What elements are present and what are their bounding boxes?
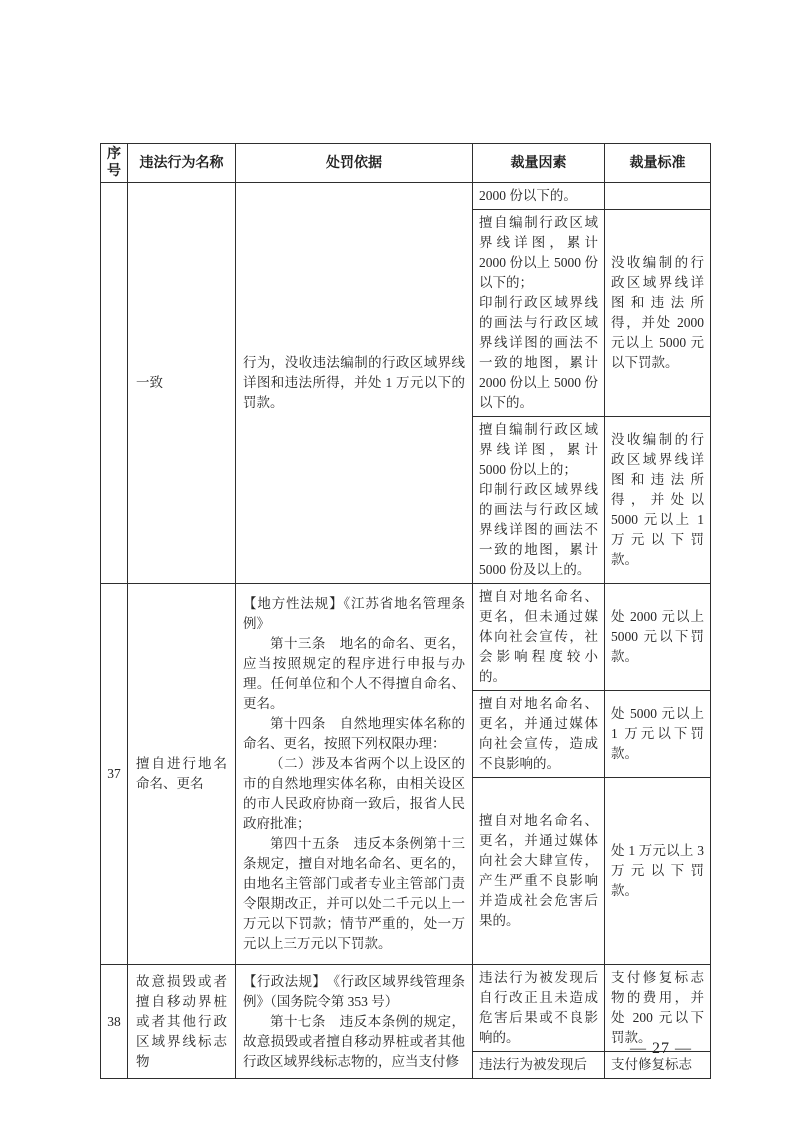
paragraph: 第十三条 地名的命名、更名，应当按照规定的程序进行申报与办理。任何单位和个人不得… xyxy=(243,634,465,714)
cell-row-number xyxy=(101,183,128,584)
header-cell-no: 序号 xyxy=(101,144,128,183)
table-row: 38 故意损毁或者擅自移动界桩或者其他行政区域界线标志物 【行政法规】 《行政区… xyxy=(101,965,711,1052)
paragraph: 【地方性法规】《江苏省地名管理条例》 xyxy=(243,594,465,634)
paragraph: 第十七条 违反本条例的规定，故意损毁或者擅自移动界桩或者其他行政区域界线标志物的… xyxy=(243,1012,465,1072)
paragraph: 违法行为被发现后自行改正且未造成危害后果或不良影响的。 xyxy=(479,968,598,1048)
paragraph: 擅自编制行政区域界线详图，累计 2000 份以上 5000 份以下的； xyxy=(479,213,598,293)
cell-discretion-factor: 2000 份以下的。 xyxy=(473,183,605,210)
paragraph: 擅自对地名命名、更名，并通过媒体向社会宣传，造成不良影响的。 xyxy=(479,694,598,774)
cell-discretion-standard: 处 5000 元以上 1 万元以下罚款。 xyxy=(605,691,711,778)
paragraph: 2000 份以下的。 xyxy=(479,186,598,206)
cell-penalty-basis: 【行政法规】 《行政区域界线管理条例》（国务院令第 353 号）第十七条 违反本… xyxy=(236,965,473,1079)
cell-discretion-standard xyxy=(605,183,711,210)
paragraph: 擅自对地名命名、更名，但未通过媒体向社会宣传，社会影响程度较小的。 xyxy=(479,587,598,687)
header-cell-standard: 裁量标准 xyxy=(605,144,711,183)
table-row: 37 擅自进行地名命名、更名 【地方性法规】《江苏省地名管理条例》第十三条 地名… xyxy=(101,584,711,691)
paragraph: （二）涉及本省两个以上设区的市的自然地理实体名称，由相关设区的市人民政府协商一致… xyxy=(243,754,465,834)
cell-penalty-basis: 【地方性法规】《江苏省地名管理条例》第十三条 地名的命名、更名，应当按照规定的程… xyxy=(236,584,473,965)
cell-discretion-factor: 擅自编制行政区域界线详图，累计 2000 份以上 5000 份以下的；印制行政区… xyxy=(473,210,605,417)
table-header-row: 序号 违法行为名称 处罚依据 裁量因素 裁量标准 xyxy=(101,144,711,183)
cell-violation-name: 一致 xyxy=(128,183,236,584)
cell-discretion-factor: 违法行为被发现后自行改正且未造成危害后果或不良影响的。 xyxy=(473,965,605,1052)
paragraph: 行为，没收违法编制的行政区域界线详图和违法所得，并处 1 万元以下的罚款。 xyxy=(243,353,465,413)
cell-discretion-factor: 擅自编制行政区域界线详图，累计 5000 份以上的；印制行政区域界线的画法与行政… xyxy=(473,417,605,584)
paragraph: 擅自对地名命名、更名，并通过媒体向社会大肆宣传，产生严重不良影响并造成社会危害后… xyxy=(479,811,598,931)
cell-discretion-factor: 违法行为被发现后 xyxy=(473,1052,605,1079)
cell-discretion-factor: 擅自对地名命名、更名，但未通过媒体向社会宣传，社会影响程度较小的。 xyxy=(473,584,605,691)
paragraph: 第十四条 自然地理实体名称的命名、更名，按照下列权限办理： xyxy=(243,714,465,754)
paragraph: 印制行政区域界线的画法与行政区域界线详图的画法不一致的地图，累计 2000 份以… xyxy=(479,293,598,413)
cell-row-number: 38 xyxy=(101,965,128,1079)
cell-discretion-standard: 没收编制的行政区域界线详图和违法所得，并处 2000 元以上 5000 元以下罚… xyxy=(605,210,711,417)
cell-discretion-standard: 处 2000 元以上 5000 元以下罚款。 xyxy=(605,584,711,691)
page-number: — 27 — xyxy=(630,1040,692,1058)
header-cell-factor: 裁量因素 xyxy=(473,144,605,183)
paragraph: 【行政法规】 《行政区域界线管理条例》（国务院令第 353 号） xyxy=(243,972,465,1012)
table-row: 一致 行为，没收违法编制的行政区域界线详图和违法所得，并处 1 万元以下的罚款。… xyxy=(101,183,711,210)
cell-discretion-standard: 没收编制的行政区域界线详图和违法所得，并处以 5000 元以上 1 万元以下罚款… xyxy=(605,417,711,584)
paragraph: 擅自编制行政区域界线详图，累计 5000 份以上的； xyxy=(479,420,598,480)
document-page: 序号 违法行为名称 处罚依据 裁量因素 裁量标准 一致 行为，没收违法编制的行政… xyxy=(0,0,800,1131)
cell-discretion-standard: 处 1 万元以上 3 万元以下罚款。 xyxy=(605,778,711,965)
cell-row-number: 37 xyxy=(101,584,128,965)
cell-discretion-factor: 擅自对地名命名、更名，并通过媒体向社会宣传，造成不良影响的。 xyxy=(473,691,605,778)
paragraph: 第四十五条 违反本条例第十三条规定，擅自对地名命名、更名的，由地名主管部门或者专… xyxy=(243,834,465,954)
cell-penalty-basis: 行为，没收违法编制的行政区域界线详图和违法所得，并处 1 万元以下的罚款。 xyxy=(236,183,473,584)
penalty-discretion-table: 序号 违法行为名称 处罚依据 裁量因素 裁量标准 一致 行为，没收违法编制的行政… xyxy=(100,143,711,1079)
header-cell-name: 违法行为名称 xyxy=(128,144,236,183)
paragraph: 印制行政区域界线的画法与行政区域界线详图的画法不一致的地图，累计 5000 份及… xyxy=(479,480,598,580)
cell-violation-name: 故意损毁或者擅自移动界桩或者其他行政区域界线标志物 xyxy=(128,965,236,1079)
cell-discretion-standard: 支付修复标志物的费用，并处 200 元以下罚款。 xyxy=(605,965,711,1052)
header-cell-basis: 处罚依据 xyxy=(236,144,473,183)
cell-discretion-factor: 擅自对地名命名、更名，并通过媒体向社会大肆宣传，产生严重不良影响并造成社会危害后… xyxy=(473,778,605,965)
cell-violation-name: 擅自进行地名命名、更名 xyxy=(128,584,236,965)
paragraph: 违法行为被发现后 xyxy=(479,1055,598,1075)
